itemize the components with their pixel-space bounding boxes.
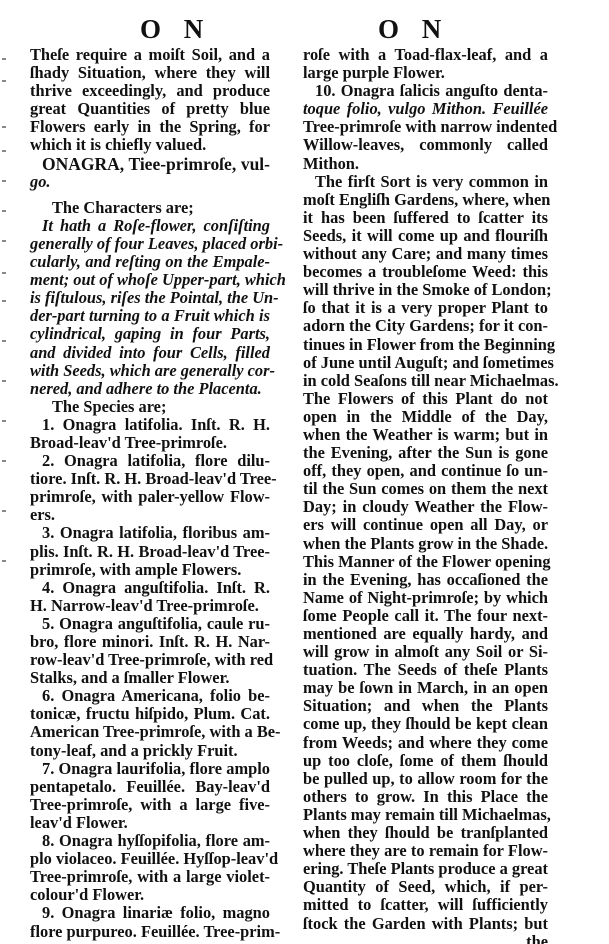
text-line: The Flowers of this Plant do not	[303, 390, 548, 408]
text-line: thrive exceedingly, and produce	[30, 82, 270, 100]
text-line: leav'd Flower.	[30, 814, 270, 832]
text-line: go.	[30, 173, 270, 191]
text-line: without any Care; and many times	[303, 245, 548, 263]
text-line: generally of four Leaves, placed orbi-	[30, 235, 270, 253]
text-line: This Manner of the Flower opening	[303, 553, 548, 571]
text-line: Broad-leav'd Tree-primroſe.	[30, 434, 270, 452]
text-line: Seeds, it will come up and flouriſh	[303, 227, 548, 245]
text-line: pentapetalo. Feuillée. Bay-leav'd	[30, 778, 270, 796]
text-line: it has been ſuffered to ſcatter its	[303, 209, 548, 227]
text-line: may be ſown in March, in an open	[303, 679, 548, 697]
species-entry-5: 5. Onagra anguſtifolia, caule ru-	[30, 615, 270, 633]
text-line: Flowers early in the Spring, for	[30, 118, 270, 136]
species-entry-9: 9. Onagra linariæ folio, magno	[30, 904, 270, 922]
text-line: til the Sun comes on them the next	[303, 480, 548, 498]
text-line: primroſe, with ample Flowers.	[30, 561, 270, 579]
text-line: when the Plants grow in the Shade.	[303, 535, 548, 553]
text-line: ſtock the Garden with Plants; but	[303, 915, 548, 933]
text-line: open in the Middle of the Day,	[303, 408, 548, 426]
text-line: mitted to ſcatter, will ſufficiently	[303, 896, 548, 914]
text-line: Tree-primroſe, with a large violet-	[30, 868, 270, 886]
text-line: bro, flore minori. Inſt. R. H. Nar-	[30, 633, 270, 651]
text-line: will thrive in the Smoke of London;	[303, 281, 548, 299]
section-heading-species: The Species are;	[30, 398, 270, 416]
text-line: toque folio, vulgo Mithon. Feuillée	[303, 100, 548, 118]
text-line: cularly, and reſting on the Empale-	[30, 253, 270, 271]
text-line: Mithon.	[303, 155, 548, 173]
text-line: ers.	[30, 506, 270, 524]
text-line: ſo that it is a very proper Plant to	[303, 299, 548, 317]
text-line: becomes a troubleſome Weed: this	[303, 263, 548, 281]
species-entry-8: 8. Onagra hyſſopifolia, flore am-	[30, 832, 270, 850]
text-line: tinues in Flower from the Beginning	[303, 336, 548, 354]
left-margin-marks	[0, 40, 10, 800]
text-line: Tree-primroſe, with a large five-	[30, 796, 270, 814]
text-line: come up, they ſhould be kept clean	[303, 715, 548, 733]
species-entry-7: 7. Onagra laurifolia, flore amplo	[30, 760, 270, 778]
text-line: where they are to remain for Flow-	[303, 842, 548, 860]
species-entry-1: 1. Onagra latifolia. Inſt. R. H.	[30, 416, 270, 434]
text-line: will grow in almoſt any Soil or Si-	[303, 643, 548, 661]
text-line: row-leav'd Tree-primroſe, with red	[30, 651, 270, 669]
text-line: Willow-leaves, commonly called	[303, 136, 548, 154]
text-line: cylindrical, gaping in four Parts,	[30, 325, 270, 343]
text-line: Day; in cloudy Weather the Flow-	[303, 498, 548, 516]
text-line: Quantity of Seed, which, if per-	[303, 878, 548, 896]
text-line: H. Narrow-leav'd Tree-primroſe.	[30, 597, 270, 615]
text-line: Tree-primroſe with narrow indented	[303, 118, 548, 136]
text-line: off, they open, and continue ſo un-	[303, 462, 548, 480]
text-line: large purple Flower.	[303, 64, 548, 82]
text-line: up too cloſe, ſome of them ſhould	[303, 752, 548, 770]
text-line: American Tree-primroſe, with a Be-	[30, 723, 270, 741]
species-entry-10: 10. Onagra ſalicis anguſto denta-	[303, 82, 548, 100]
catchword: the	[303, 933, 548, 944]
text-line: ering. Theſe Plants produce a great	[303, 860, 548, 878]
section-heading-characters: The Characters are;	[30, 199, 270, 217]
paragraph-start: The firſt Sort is very common in	[303, 173, 548, 191]
text-line: flore purpureo. Feuillée. Tree-prim-	[30, 923, 270, 941]
species-entry-2: 2. Onagra latifolia, flore dilu-	[30, 452, 270, 470]
text-line: moſt Engliſh Gardens, where, when	[303, 191, 548, 209]
text-line: der-part turning to a Fruit which is	[30, 307, 270, 325]
running-head-right: O N	[378, 14, 449, 45]
text-line: and divided into four Cells, filled	[30, 344, 270, 362]
text-line: Name of Night-primroſe; by which	[303, 589, 548, 607]
text-line: plis. Inſt. R. H. Broad-leav'd Tree-	[30, 543, 270, 561]
text-line: mentioned are equally hardy, and	[303, 625, 548, 643]
text-line: tiore. Inſt. R. H. Broad-leav'd Tree-	[30, 470, 270, 488]
text-line: It hath a Roſe-flower, conſiſting	[30, 217, 270, 235]
text-line: tuation. The Seeds of theſe Plants	[303, 661, 548, 679]
running-head-left: O N	[140, 14, 211, 45]
text-line: nered, and adhere to the Placenta.	[30, 380, 270, 398]
right-column: roſe with a Toad-flax-leaf, and a large …	[303, 46, 548, 944]
text-line: with Seeds, which are generally cor-	[30, 362, 270, 380]
species-entry-3: 3. Onagra latifolia, floribus am-	[30, 524, 270, 542]
text-line: Stalks, and a ſmaller Flower.	[30, 669, 270, 687]
text-line: when the Weather is warm; but in	[303, 426, 548, 444]
text-line: Situation; and when the Plants	[303, 697, 548, 715]
left-column: Theſe require a moiſt Soil, and a ſhady …	[30, 46, 270, 941]
text-line: colour'd Flower.	[30, 886, 270, 904]
text-line: in cold Seaſons till near Michaelmas.	[303, 372, 548, 390]
text-line: when they ſhould be tranſplanted	[303, 824, 548, 842]
text-line: the Evening, after the Sun is gone	[303, 444, 548, 462]
text-line: is fiſtulous, riſes the Pointal, the Un-	[30, 289, 270, 307]
text-line: adorn the City Gardens; for it con-	[303, 317, 548, 335]
text-line: ſome People call it. The four next-	[303, 607, 548, 625]
species-entry-4: 4. Onagra anguſtifolia. Inſt. R.	[30, 579, 270, 597]
text-line: ment; out of whoſe Upper-part, which	[30, 271, 270, 289]
text-line: great Quantities of pretty blue	[30, 100, 270, 118]
text-line: of June until Auguſt; and ſometimes	[303, 354, 548, 372]
text-line: ers will continue open all Day, or	[303, 516, 548, 534]
text-line: which it is chiefly valued.	[30, 136, 270, 154]
entry-heading: ONAGRA, Tiee-primroſe, vul-	[30, 155, 270, 173]
text-line: others to grow. In this Place the	[303, 788, 548, 806]
species-entry-6: 6. Onagra Americana, folio be-	[30, 687, 270, 705]
text-line: Plants may remain till Michaelmas,	[303, 806, 548, 824]
text-line: in the Evening, has occaſioned the	[303, 571, 548, 589]
text-line: plo violaceo. Feuillée. Hyſſop-leav'd	[30, 850, 270, 868]
text-line: be pulled up, to allow room for the	[303, 770, 548, 788]
text-line: roſe with a Toad-flax-leaf, and a	[303, 46, 548, 64]
text-line: primroſe, with paler-yellow Flow-	[30, 488, 270, 506]
text-line: tonicæ, fructu hiſpido, Plum. Cat.	[30, 705, 270, 723]
text-line: tony-leaf, and a prickly Fruit.	[30, 742, 270, 760]
text-line: ſhady Situation, where they will	[30, 64, 270, 82]
text-line: Theſe require a moiſt Soil, and a	[30, 46, 270, 64]
text-line: from Weeds; and where they come	[303, 734, 548, 752]
